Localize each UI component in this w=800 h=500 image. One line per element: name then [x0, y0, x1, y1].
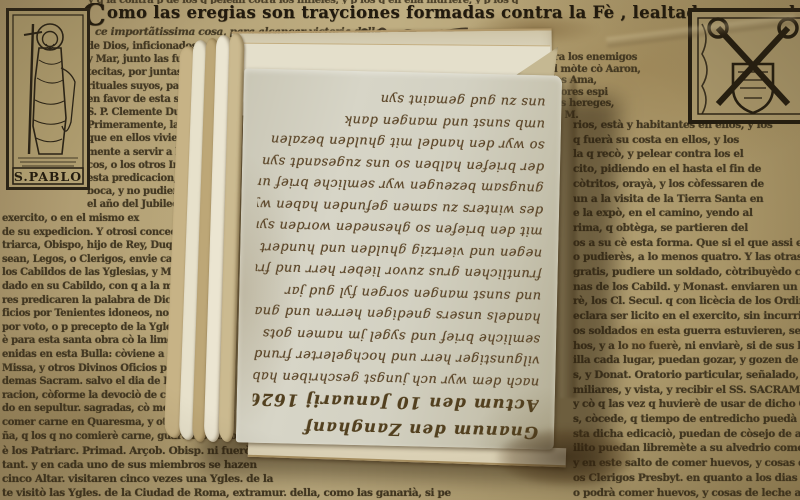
printed-text-line: o podrà comer huevos, y cosas de leche a… [573, 486, 800, 500]
photograph-of-manuscript-on-printed-bull: y q la contra p de los q pelean cõtra lo… [0, 0, 800, 500]
handwritten-line: Gnanum den Zanghanf [252, 413, 539, 446]
manuscript-page-upside-down: uns zu gud gemaint synumb sunst und mang… [236, 68, 562, 449]
saint-paul-woodcut: S.PABLO [6, 8, 90, 190]
printed-text-line: te visitò las Ygles. de la Ciudad de Rom… [2, 486, 568, 500]
woodcut-caption: S.PABLO [14, 169, 82, 184]
